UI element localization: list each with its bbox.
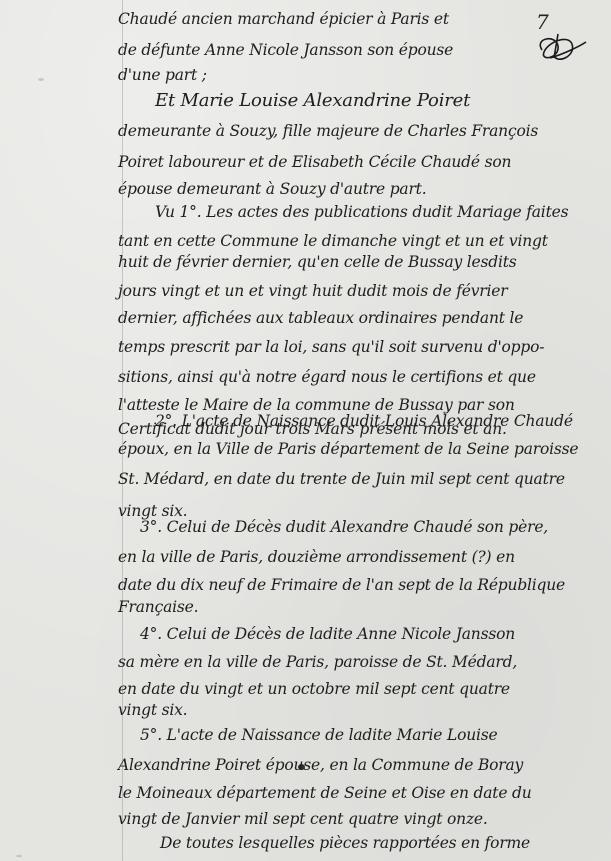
text-line: tant en cette Commune le dimanche vingt …	[118, 232, 548, 250]
text-line: époux, en la Ville de Paris département …	[118, 440, 578, 458]
text-line: Vu 1°. Les actes des publications dudit …	[155, 203, 568, 221]
text-line: 4°. Celui de Décès de ladite Anne Nicole…	[140, 625, 515, 643]
text-line: Alexandrine Poiret épouse, en la Commune…	[118, 756, 523, 774]
text-line: 3°. Celui de Décès dudit Alexandre Chaud…	[140, 518, 548, 536]
text-line: sa mère en la ville de Paris, paroisse d…	[118, 653, 517, 671]
text-line: vingt six.	[118, 701, 187, 719]
text-line: 5°. L'acte de Naissance de ladite Marie …	[140, 726, 497, 744]
text-line: date du dix neuf de Frimaire de l'an sep…	[118, 576, 565, 594]
text-line: dernier, affichées aux tableaux ordinair…	[118, 309, 523, 327]
paraphe-icon	[528, 28, 588, 68]
manuscript-page: 7 Chaudé ancien marchand épicier à Paris…	[0, 0, 611, 861]
text-line: Chaudé ancien marchand épicier à Paris e…	[118, 10, 449, 28]
text-line: Et Marie Louise Alexandrine Poiret	[155, 90, 470, 111]
ink-speck	[38, 78, 44, 81]
text-line: en la ville de Paris, douzième arrondiss…	[118, 548, 515, 566]
text-line: temps prescrit par la loi, sans qu'il so…	[118, 338, 544, 356]
text-line: Française.	[118, 598, 198, 616]
text-line: épouse demeurant à Souzy d'autre part.	[118, 180, 426, 198]
text-line: 2°. L'acte de Naissance dudit Louis Alex…	[155, 412, 573, 430]
text-line: sitions, ainsi qu'à notre égard nous le …	[118, 368, 536, 386]
text-line: jours vingt et un et vingt huit dudit mo…	[118, 282, 507, 300]
text-line: vingt de Janvier mil sept cent quatre vi…	[118, 810, 488, 828]
ink-speck	[16, 855, 22, 857]
text-line: Poiret laboureur et de Elisabeth Cécile …	[118, 153, 511, 171]
text-line: demeurante à Souzy, fille majeure de Cha…	[118, 122, 538, 140]
text-line: le Moineaux département de Seine et Oise…	[118, 784, 532, 802]
text-line: de défunte Anne Nicole Jansson son épous…	[118, 41, 453, 59]
text-line: St. Médard, en date du trente de Juin mi…	[118, 470, 565, 488]
text-line: en date du vingt et un octobre mil sept …	[118, 680, 510, 698]
text-line: d'une part ;	[118, 66, 207, 84]
text-line: De toutes lesquelles pièces rapportées e…	[160, 834, 530, 852]
text-line: huit de février dernier, qu'en celle de …	[118, 253, 517, 271]
